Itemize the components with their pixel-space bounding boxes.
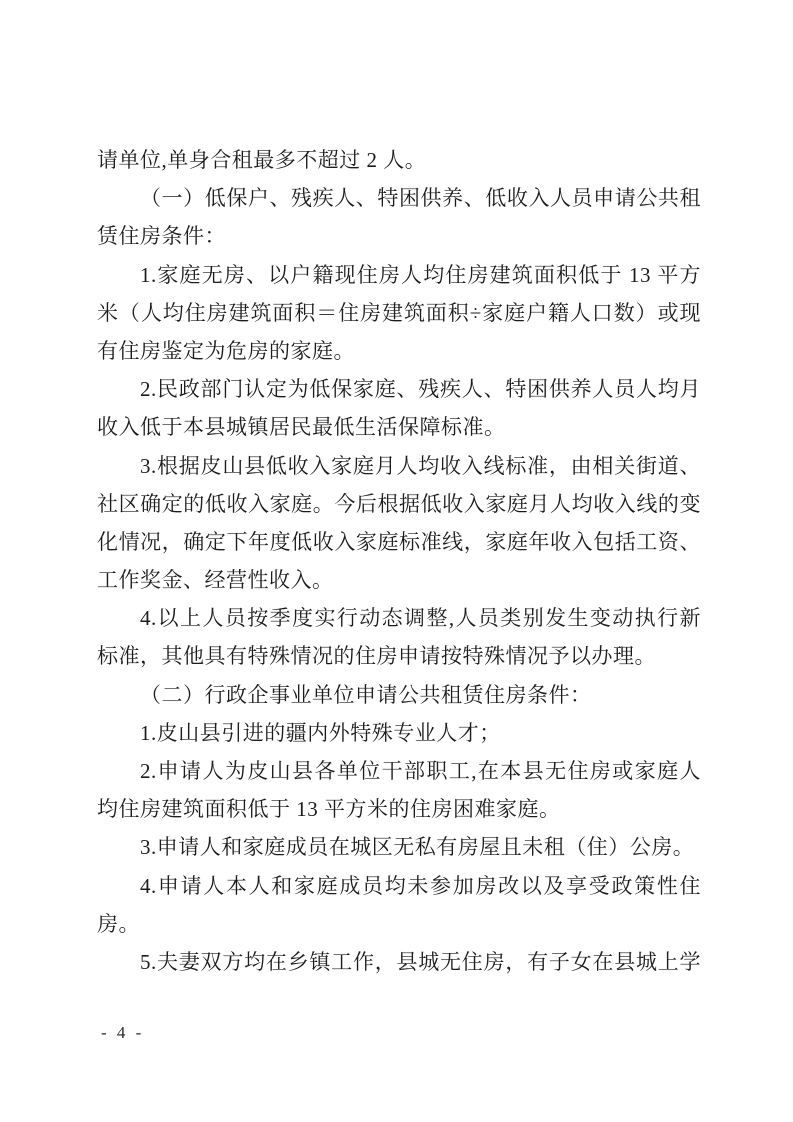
text-line: 米（人均住房建筑面积＝住房建筑面积÷家庭户籍人口数）或现 [97,294,701,332]
text-line: 赁住房条件： [97,217,701,255]
text-line: （一）低保户、残疾人、特困供养、低收入人员申请公共租 [97,179,701,217]
text-line: 2.民政部门认定为低保家庭、残疾人、特困供养人员人均月 [97,370,701,408]
text-line: 标准，其他具有特殊情况的住房申请按特殊情况予以办理。 [97,637,701,675]
text-line: 有住房鉴定为危房的家庭。 [97,332,701,370]
text-line: 4.以上人员按季度实行动态调整,人员类别发生变动执行新 [97,599,701,637]
text-line: 3.根据皮山县低收入家庭月人均收入线标准，由相关街道、 [97,447,701,485]
text-line: 收入低于本县城镇居民最低生活保障标准。 [97,408,701,446]
text-line: 房。 [97,905,701,943]
document-viewer: { "page": { "background_color": "#ffffff… [0,0,793,1122]
page-number: - 4 - [101,1023,144,1043]
text-line: 3.申请人和家庭成员在城区无私有房屋且未租（住）公房。 [97,828,701,866]
text-line: 化情况，确定下年度低收入家庭标准线，家庭年收入包括工资、 [97,523,701,561]
text-line: 2.申请人为皮山县各单位干部职工,在本县无住房或家庭人 [97,752,701,790]
text-block: 请单位,单身合租最多不超过 2 人。（一）低保户、残疾人、特困供养、低收入人员申… [97,141,701,981]
text-line: 社区确定的低收入家庭。今后根据低收入家庭月人均收入线的变 [97,485,701,523]
text-line: 5.夫妻双方均在乡镇工作，县城无住房，有子女在县城上学 [97,943,701,981]
text-line: 1.家庭无房、以户籍现住房人均住房建筑面积低于 13 平方 [97,256,701,294]
text-line: 工作奖金、经营性收入。 [97,561,701,599]
text-line: 请单位,单身合租最多不超过 2 人。 [97,141,701,179]
text-line: 4.申请人本人和家庭成员均未参加房改以及享受政策性住 [97,867,701,905]
text-line: （二）行政企事业单位申请公共租赁住房条件： [97,676,701,714]
text-line: 1.皮山县引进的疆内外特殊专业人才； [97,714,701,752]
document-page: 请单位,单身合租最多不超过 2 人。（一）低保户、残疾人、特困供养、低收入人员申… [0,0,793,1122]
text-line: 均住房建筑面积低于 13 平方米的住房困难家庭。 [97,790,701,828]
